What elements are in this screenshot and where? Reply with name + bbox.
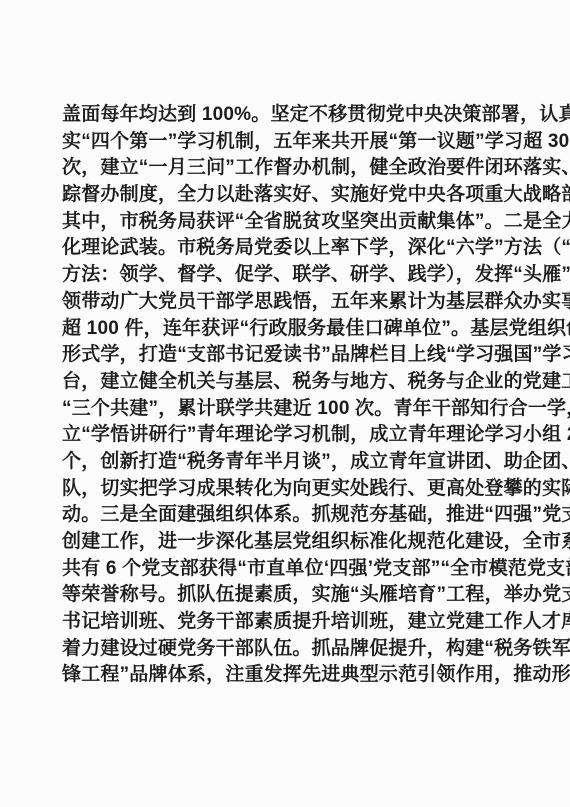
text-line: 共有 6 个党支部获得“市直单位‘四强’党支部”“全市模范党支部”: [62, 556, 509, 583]
text-line: 着力建设过硬党务干部队伍。抓品牌促提升，构建“税务铁军先: [62, 636, 509, 663]
text-line: 实“四个第一”学习机制，五年来共开展“第一议题”学习超 3000: [62, 129, 509, 156]
text-line: 方法：领学、督学、促学、联学、研学、践学），发挥“头雁”效应，引: [62, 262, 509, 289]
text-line: 锋工程”品牌体系，注重发挥先进典型示范引领作用，推动形成: [62, 662, 509, 689]
text-line: 其中，市税务局获评“全省脱贫攻坚突出贡献集体”。二是全力强: [62, 209, 509, 236]
text-line: 队，切实把学习成果转化为向更实处践行、更高处登攀的实际行: [62, 476, 509, 503]
text-line: “三个共建”，累计联学共建近 100 次。青年干部知行合一学，建: [62, 396, 509, 423]
text-line: 领带动广大党员干部学思践悟，五年来累计为基层群众办实事: [62, 289, 509, 316]
text-line: 动。三是全面建强组织体系。抓规范夯基础，推进“四强”党支部: [62, 502, 509, 529]
document-page: 盖面每年均达到 100%。坚定不移贯彻党中央决策部署，认真落 实“四个第一”学习…: [0, 0, 570, 807]
text-line: 创建工作，进一步深化基层党组织标准化规范化建设，全市系统: [62, 529, 509, 556]
text-line: 踪督办制度，全力以赴落实好、实施好党中央各项重大战略部署。: [62, 182, 509, 209]
text-line: 台，建立健全机关与基层、税务与地方、税务与企业的党建工作: [62, 369, 509, 396]
text-line: 盖面每年均达到 100%。坚定不移贯彻党中央决策部署，认真落: [62, 102, 509, 129]
text-line: 化理论武装。市税务局党委以上率下学，深化“六学”方法（“六学”: [62, 235, 509, 262]
text-line: 立“学悟讲研行”青年理论学习机制，成立青年理论学习小组 28: [62, 422, 509, 449]
text-line: 超 100 件，连年获评“行政服务最佳口碑单位”。基层党组织创新: [62, 316, 509, 343]
text-line: 形式学，打造“支部书记爱读书”品牌栏目上线“学习强国”学习平: [62, 342, 509, 369]
text-line: 个，创新打造“税务青年半月谈”，成立青年宣讲团、助企团、突击: [62, 449, 509, 476]
document-text-block: 盖面每年均达到 100%。坚定不移贯彻党中央决策部署，认真落 实“四个第一”学习…: [62, 102, 509, 689]
text-line: 次，建立“一月三问”工作督办机制，健全政治要件闭环落实、跟: [62, 155, 509, 182]
text-line: 书记培训班、党务干部素质提升培训班，建立党建工作人才库，: [62, 609, 509, 636]
text-line: 等荣誉称号。抓队伍提素质，实施“头雁培育”工程，举办党支部: [62, 582, 509, 609]
